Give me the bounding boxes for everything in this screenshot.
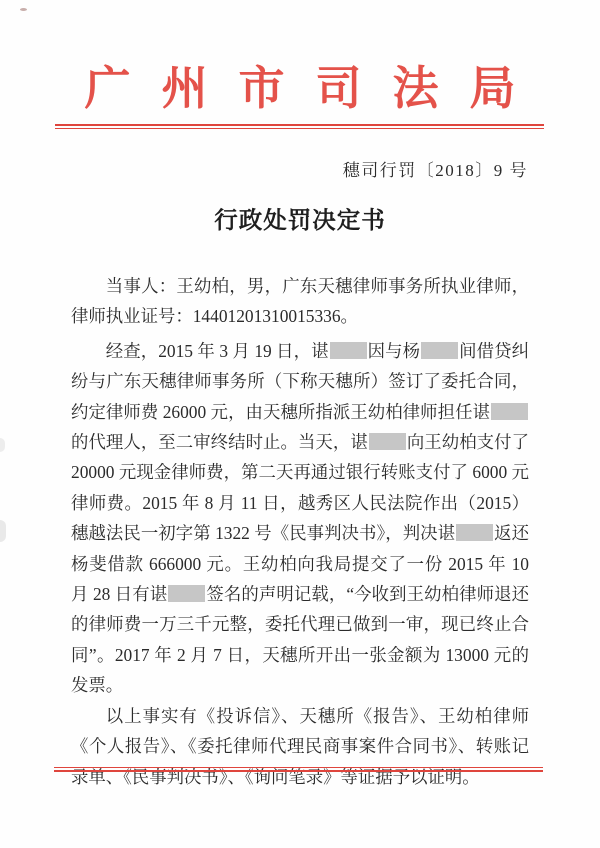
scan-artifact [0,438,5,452]
redaction-box [369,433,406,450]
document-title: 行政处罚决定书 [0,201,600,235]
redaction-box [330,342,367,359]
body-paragraph: 当事人：王幼柏，男，广东天穗律师事务所执业律师，律师执业证号：144012013… [71,271,529,332]
document-number: 穗司行罚〔2018〕9 号 [343,156,528,181]
body-paragraph: 以上事实有《投诉信》、天穗所《报告》、王幼柏律师《个人报告》、《委托律师代理民商… [71,701,529,792]
redaction-box [491,403,528,420]
redaction-box [456,524,493,541]
document-page: 广州市司法局 穗司行罚〔2018〕9 号 行政处罚决定书 当事人：王幼柏，男，广… [0,0,600,848]
redaction-box [421,342,458,359]
document-body: 当事人：王幼柏，男，广东天穗律师事务所执业律师，律师执业证号：144012013… [71,271,529,792]
footer-divider-line [54,767,543,772]
body-paragraph: 经查，2015 年 3 月 19 日，谌因与杨间借贷纠纷与广东天穗律师事务所（下… [71,336,529,701]
scan-artifact [20,8,27,11]
redaction-box [168,585,205,602]
header-divider-line [55,124,544,129]
scan-artifact [0,520,6,542]
agency-header: 广州市司法局 [0,52,600,118]
